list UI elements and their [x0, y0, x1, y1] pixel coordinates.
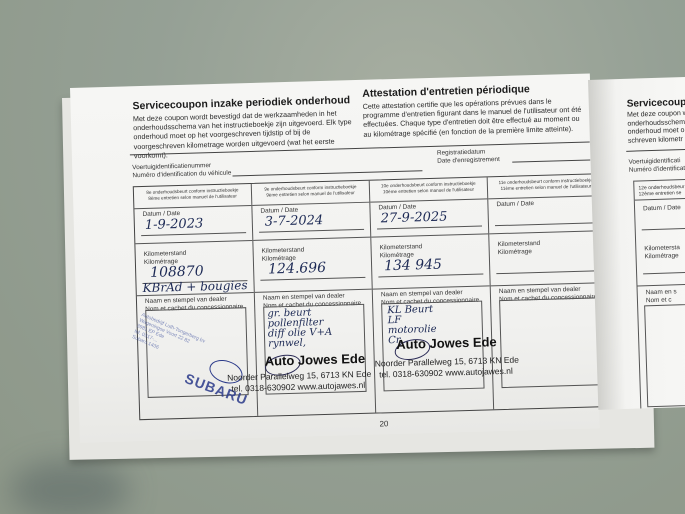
- next-page-body: Met deze coupon w onderhoudsschema onder…: [627, 110, 685, 146]
- mileage-value[interactable]: 108870: [150, 263, 204, 280]
- body-line: schreven kilometr: [628, 136, 685, 147]
- row-separator: [135, 240, 252, 244]
- vin-input-line[interactable]: [233, 170, 423, 176]
- registration-label-fr: Date d'enregistrement: [437, 156, 500, 165]
- mileage-value[interactable]: 124.696: [268, 260, 326, 278]
- service-column-9: 9e onderhoudsbeurt conform instructieboe…: [252, 181, 376, 416]
- service-grid: 8e onderhoudsbeurt conform instructieboe…: [133, 173, 611, 420]
- next-page-title: Servicecoupon: [627, 97, 685, 110]
- service-column-10: 10e onderhoudsbeurt conform instructiebo…: [370, 177, 494, 412]
- column-header: 10e onderhoudsbeurt conform instructiebo…: [370, 177, 488, 202]
- column-header: 9e onderhoudsbeurt conform instructieboe…: [252, 181, 370, 206]
- row-separator: [489, 230, 605, 234]
- dealer-stamp-box[interactable]: [499, 297, 601, 388]
- header-line: 12ème entretien se: [639, 190, 685, 197]
- next-mileage-label: Kilometersta Kilométrage: [644, 244, 680, 260]
- next-dealer-label: Naam en s Nom et c: [646, 288, 677, 304]
- mileage-value[interactable]: 134 945: [384, 257, 442, 275]
- note-line: rynwel,: [268, 338, 332, 350]
- row-separator: [253, 237, 370, 241]
- mileage-label-nl: Kilometerstand: [144, 250, 187, 259]
- mileage-label: Kilometerstand Kilométrage: [497, 240, 540, 256]
- date-value[interactable]: 1-9-2023: [145, 216, 204, 233]
- dealer-line: Naam en s: [646, 288, 677, 297]
- row-separator: [635, 197, 685, 201]
- row-separator: [637, 283, 685, 287]
- right-body: Cette attestation certifie que les opéra…: [363, 96, 586, 139]
- next-page: Servicecoupon Met deze coupon w onderhou…: [588, 77, 685, 410]
- mileage-label-nl: Kilometerstand: [262, 247, 305, 256]
- date-rule: [259, 229, 364, 233]
- dealer-notes: gr. beurt pollenfilter diff olie V+A ryn…: [267, 308, 332, 350]
- column-header: 11e onderhoudsbeurt conform instructiebo…: [488, 174, 605, 199]
- dealer-stamp-name: Auto Jowes Ede: [264, 351, 365, 369]
- next-vin-label: Voertuigidentificati Numéro d'identifica…: [628, 157, 685, 174]
- next-date-label: Datum / Date: [643, 204, 681, 213]
- date-rule: [377, 226, 482, 230]
- mileage-label-fr: Kilométrage: [498, 248, 541, 257]
- page-number: 20: [379, 419, 388, 428]
- date-input-line[interactable]: [495, 222, 599, 226]
- service-booklet-page: Servicecoupon inzake periodiek onderhoud…: [70, 73, 600, 442]
- dealer-stamp-box[interactable]: [644, 303, 685, 407]
- dealer-line: Nom et c: [646, 296, 677, 305]
- mileage-line: Kilométrage: [644, 252, 680, 261]
- dealer-stamp-name: Auto Jowes Ede: [396, 334, 497, 352]
- vin-line: Numéro d'identificat: [629, 165, 685, 174]
- mileage-label-nl: Kilometerstand: [497, 240, 540, 249]
- next-page-grid: 12e onderhoudsbeur 12ème entretien se Da…: [633, 178, 685, 410]
- vin-label: Voertuigidentificatienummer Numéro d'ide…: [132, 162, 231, 180]
- date-value[interactable]: 27-9-2025: [381, 210, 448, 227]
- next-col-header: 12e onderhoudsbeur 12ème entretien se: [638, 184, 685, 197]
- shadow: [10, 460, 130, 514]
- mileage-rule: [260, 277, 365, 281]
- divider: [626, 148, 685, 152]
- column-header: 8e onderhoudsbeurt conform instructieboe…: [134, 184, 252, 209]
- row-separator: [371, 233, 488, 237]
- registration-input-line[interactable]: [512, 160, 590, 163]
- mileage-label-nl: Kilometerstand: [379, 243, 422, 252]
- registration-label: Registratiedatum Date d'enregistrement: [437, 148, 500, 165]
- date-value[interactable]: 3-7-2024: [265, 213, 324, 230]
- date-input-line[interactable]: [642, 227, 685, 230]
- mileage-input-line[interactable]: [496, 270, 600, 274]
- mileage-rule: [378, 274, 483, 278]
- date-label: Datum / Date: [496, 200, 534, 209]
- mileage-input-line[interactable]: [643, 271, 685, 274]
- date-rule: [141, 232, 246, 236]
